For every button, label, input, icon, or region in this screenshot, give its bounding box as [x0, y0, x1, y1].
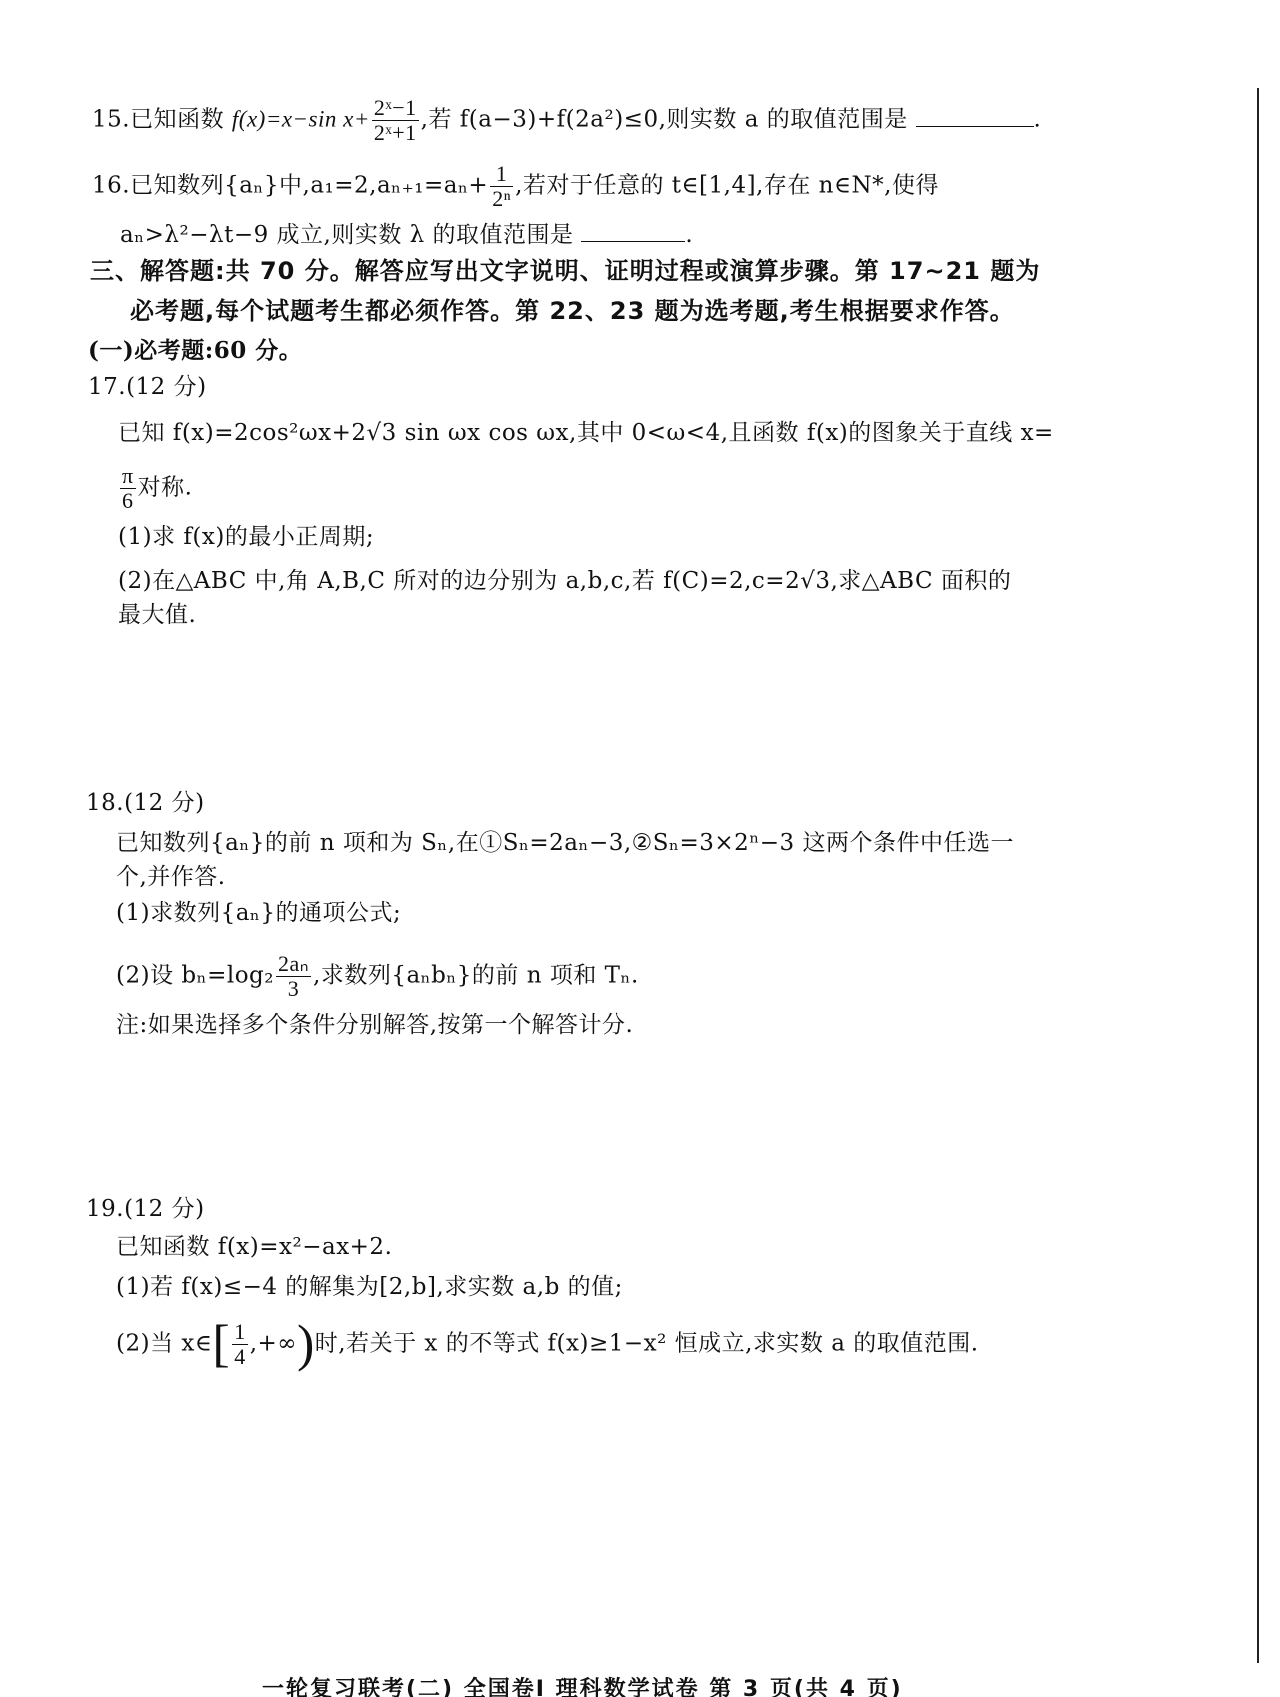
q17-stem-cont: π6对称.	[118, 464, 192, 513]
left-bracket-icon: [	[212, 1316, 230, 1373]
q15-end: .	[1034, 107, 1042, 133]
q18-part2: (2)设 bₙ=log₂2aₙ3,求数列{aₙbₙ}的前 n 项和 Tₙ.	[116, 952, 639, 1001]
q16-answer-blank[interactable]	[581, 221, 685, 242]
q17-fraction: π6	[120, 464, 136, 513]
q15-prefix: 已知函数	[130, 107, 224, 133]
q16-frac-den: 2ⁿ	[490, 187, 513, 211]
q15-frac-num: 2ˣ−1	[372, 96, 419, 121]
q18-stem-cont: 个,并作答.	[116, 862, 226, 892]
q18-part2-b: ,求数列{aₙbₙ}的前 n 项和 Tₙ.	[313, 963, 639, 989]
q18-frac-den: 3	[276, 977, 311, 1001]
q17-frac-den: 6	[120, 489, 136, 513]
q18-fraction: 2aₙ3	[276, 952, 311, 1001]
question-16-line2: aₙ>λ²−λt−9 成立,则实数 λ 的取值范围是 .	[120, 220, 693, 250]
right-paren-icon: )	[297, 1316, 315, 1373]
q18-header: 18.(12 分)	[86, 788, 205, 818]
question-16: 16.已知数列{aₙ}中,a₁=2,aₙ₊₁=aₙ+12ⁿ,若对于任意的 t∈[…	[92, 162, 939, 211]
q16-line2: aₙ>λ²−λt−9 成立,则实数 λ 的取值范围是	[120, 222, 574, 248]
q17-part2: (2)在△ABC 中,角 A,B,C 所对的边分别为 a,b,c,若 f(C)=…	[118, 566, 1011, 596]
section-required: (一)必考题:60 分。	[88, 336, 302, 366]
q19-stem: 已知函数 f(x)=x²−ax+2.	[116, 1232, 392, 1262]
q18-stem: 已知数列{aₙ}的前 n 项和为 Sₙ,在①Sₙ=2aₙ−3,②Sₙ=3×2ⁿ−…	[116, 828, 1014, 858]
q15-frac-den: 2ˣ+1	[372, 121, 419, 145]
q15-fx: f(x)	[232, 107, 266, 132]
q19-fraction: 14	[232, 1320, 248, 1369]
q18-part1: (1)求数列{aₙ}的通项公式;	[116, 898, 401, 928]
q16-line1-a: 已知数列{aₙ}中,a₁=2,aₙ₊₁=aₙ+	[130, 173, 488, 199]
q16-number: 16.	[92, 173, 130, 199]
q19-part2: (2)当 x∈[14,+∞)时,若关于 x 的不等式 f(x)≥1−x² 恒成立…	[116, 1320, 979, 1369]
q19-part2-a: (2)当 x∈	[116, 1331, 212, 1357]
q15-answer-blank[interactable]	[916, 106, 1034, 127]
q18-part2-a: (2)设 bₙ=log₂	[116, 963, 274, 989]
q17-part1: (1)求 f(x)的最小正周期;	[118, 522, 374, 552]
q15-expr: =x−sin x+	[266, 107, 370, 132]
q19-frac-num: 1	[232, 1320, 248, 1345]
q19-interval-tail: ,+∞	[250, 1331, 297, 1357]
q16-fraction: 12ⁿ	[490, 162, 513, 211]
q15-number: 15.	[92, 107, 130, 133]
q17-frac-num: π	[120, 464, 136, 489]
q16-line1-b: ,若对于任意的 t∈[1,4],存在 n∈N*,使得	[515, 173, 939, 199]
margin-rule	[1257, 88, 1259, 1663]
q15-condition: ,若 f(a−3)+f(2a²)≤0,则实数 a 的取值范围是	[421, 107, 908, 133]
section-3-heading-cont: 必考题,每个试题考生都必须作答。第 22、23 题为选考题,考生根据要求作答。	[130, 296, 1015, 326]
q18-note: 注:如果选择多个条件分别解答,按第一个解答计分.	[116, 1010, 633, 1040]
q19-part1: (1)若 f(x)≤−4 的解集为[2,b],求实数 a,b 的值;	[116, 1272, 623, 1302]
q17-stem-end: 对称.	[138, 475, 193, 501]
q19-header: 19.(12 分)	[86, 1194, 205, 1224]
q16-frac-num: 1	[490, 162, 513, 187]
q17-stem: 已知 f(x)=2cos²ωx+2√3 sin ωx cos ωx,其中 0<ω…	[118, 418, 1054, 448]
q19-frac-den: 4	[232, 1345, 248, 1369]
page-footer: 一轮复习联考(二) 全国卷Ⅰ 理科数学试卷 第 3 页(共 4 页)	[262, 1672, 903, 1697]
section-3-heading: 三、解答题:共 70 分。解答应写出文字说明、证明过程或演算步骤。第 17~21…	[90, 256, 1040, 286]
q16-end: .	[685, 222, 693, 248]
question-15: 15.已知函数 f(x)=x−sin x+2ˣ−12ˣ+1,若 f(a−3)+f…	[92, 96, 1041, 145]
q19-part2-b: 时,若关于 x 的不等式 f(x)≥1−x² 恒成立,求实数 a 的取值范围.	[315, 1331, 979, 1357]
q15-fraction: 2ˣ−12ˣ+1	[372, 96, 419, 145]
q18-frac-num: 2aₙ	[276, 952, 311, 977]
q17-header: 17.(12 分)	[88, 372, 207, 402]
q17-part2-cont: 最大值.	[118, 600, 196, 630]
